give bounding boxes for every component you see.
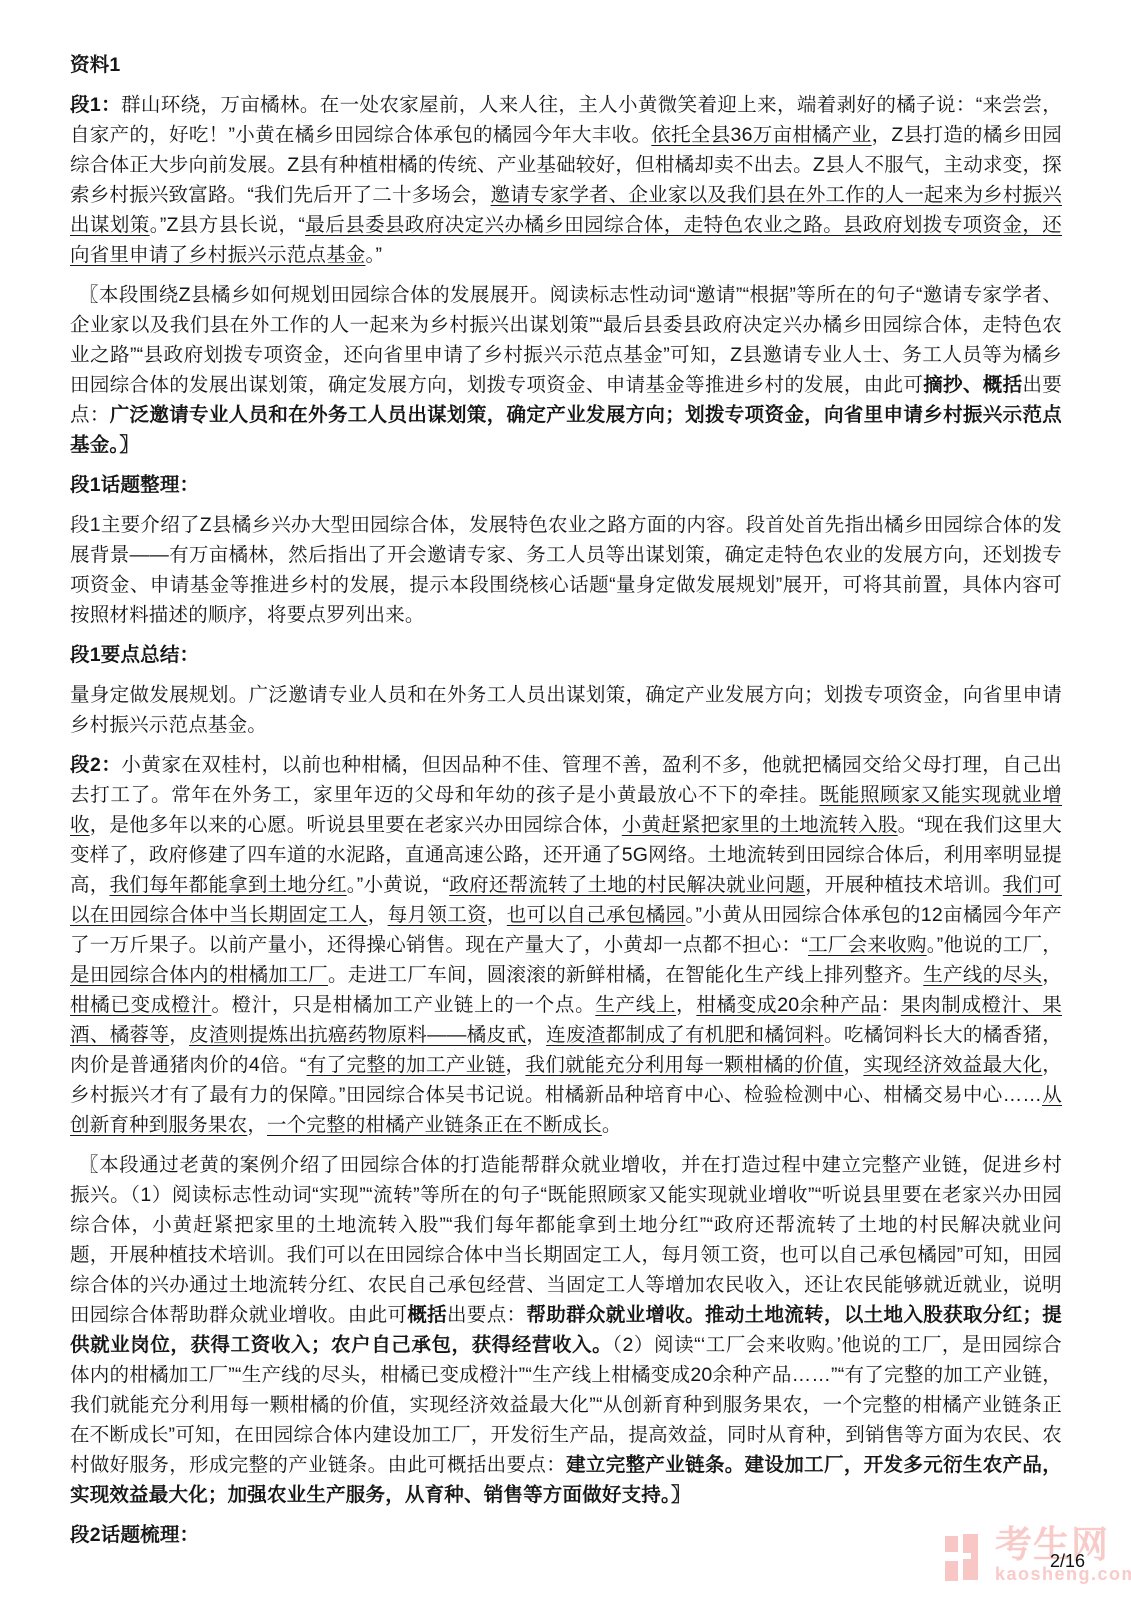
document-page: 资料1 段1：群山环绕，万亩橘林。在一处农家屋前，人来人往，主人小黄微笑着迎上来… bbox=[0, 0, 1131, 1600]
paragraph-1: 段1：群山环绕，万亩橘林。在一处农家屋前，人来人往，主人小黄微笑着迎上来，端着剥… bbox=[70, 90, 1062, 270]
text-run: 摘抄、概括 bbox=[923, 374, 1022, 396]
text-run: 柑橘已变成橙汁 bbox=[70, 994, 211, 1016]
text-run: 〖本段通过老黄的案例介绍了田园综合体的打造能帮群众就业增收，并在打造过程中建立完… bbox=[70, 1154, 1062, 1326]
text-run: ， bbox=[487, 904, 507, 926]
document-content: 资料1 段1：群山环绕，万亩橘林。在一处农家屋前，人来人往，主人小黄微笑着迎上来… bbox=[70, 50, 1062, 1560]
page-number: 2/16 bbox=[1050, 1551, 1085, 1572]
kaosheng-logo-icon bbox=[945, 1534, 981, 1582]
text-run: 出要点： bbox=[447, 1304, 526, 1326]
text-run: 皮渣则提炼出抗癌药物原料——橘皮甙 bbox=[189, 1024, 526, 1046]
text-run: 连废渣都制成了有机肥和橘饲料 bbox=[546, 1024, 824, 1046]
text-run: ， bbox=[1042, 964, 1062, 986]
text-run: ，是他多年以来的心愿。听说县里要在老家兴办田园综合体， bbox=[90, 814, 622, 836]
text-run: 。” bbox=[366, 244, 383, 266]
text-run: 实现经济效益最大化 bbox=[863, 1054, 1042, 1076]
text-run: ， bbox=[247, 1114, 267, 1136]
text-run: 量身定做发展规划。广泛邀请专业人员和在外务工人员出谋划策，确定产业发展方向；划拨… bbox=[70, 684, 1062, 736]
text-run: 段2： bbox=[70, 754, 121, 776]
text-run: 是田园综合体内的柑橘加工厂 bbox=[70, 964, 328, 986]
text-run: 。 bbox=[602, 1114, 622, 1136]
para1-topic-text: 段1主要介绍了Z县橘乡兴办大型田园综合体，发展特色农业之路方面的内容。段首处首先… bbox=[70, 510, 1062, 630]
text-run: 。橙汁，只是柑橘加工产业链上的一个点。 bbox=[211, 994, 595, 1016]
text-run: 柑橘变成20余种产品 bbox=[696, 994, 880, 1016]
text-run: ， bbox=[506, 1054, 526, 1076]
text-run: 。”小黄说，“ bbox=[347, 874, 450, 896]
text-run: 广泛邀请专业人员和在外务工人员出谋划策，确定产业发展方向；划拨专项资金，向省里申… bbox=[70, 404, 1062, 456]
text-run: 每月领工资 bbox=[388, 904, 487, 926]
section-title-material-1: 资料1 bbox=[70, 50, 1062, 80]
text-run: ， bbox=[676, 994, 696, 1016]
annotation-paragraph-1: 〖本段围绕Z县橘乡如何规划田园综合体的发展展开。阅读标志性动词“邀请”“根据”等… bbox=[70, 280, 1062, 460]
text-run: 段1： bbox=[70, 94, 121, 116]
text-run: 我们每年都能拿到土地分红 bbox=[110, 874, 347, 896]
text-run: ， bbox=[844, 1054, 864, 1076]
text-run: 有了完整的加工产业链 bbox=[307, 1054, 506, 1076]
text-run: 概括 bbox=[407, 1304, 447, 1326]
text-run: 一个完整的柑橘产业链条正在不断成长 bbox=[267, 1114, 602, 1136]
para1-summary-text: 量身定做发展规划。广泛邀请专业人员和在外务工人员出谋划策，确定产业发展方向；划拨… bbox=[70, 680, 1062, 740]
text-run: ， bbox=[526, 1024, 546, 1046]
text-run: 。”Z县方县长说，“ bbox=[150, 214, 305, 236]
heading-para1-summary: 段1要点总结： bbox=[70, 640, 1062, 670]
text-run: 政府还帮流转了土地的村民解决就业问题 bbox=[449, 874, 805, 896]
text-run: 我们就能充分利用每一颗柑橘的价值 bbox=[525, 1054, 843, 1076]
text-run: 〖本段围绕Z县橘乡如何规划田园综合体的发展展开。阅读标志性动词“邀请”“根据”等… bbox=[70, 284, 1062, 396]
text-run: 生产线上 bbox=[595, 994, 676, 1016]
text-run: 生产线的尽头 bbox=[923, 964, 1042, 986]
text-run: ，开展种植技术培训。 bbox=[805, 874, 1003, 896]
text-run: 。”他说的工厂， bbox=[927, 934, 1062, 956]
text-run: 依托全县36万亩柑橘产业 bbox=[651, 124, 871, 146]
heading-para2-topic: 段2话题梳理： bbox=[70, 1520, 1062, 1550]
text-run: 也可以自己承包橘园 bbox=[507, 904, 686, 926]
text-run: ， bbox=[368, 904, 388, 926]
paragraph-2: 段2：小黄家在双桂村，以前也种柑橘，但因品种不佳、管理不善，盈利不多，他就把橘园… bbox=[70, 750, 1062, 1140]
kaosheng-watermark: 考生网 kaosheng.com bbox=[945, 1527, 1131, 1583]
text-run: 。走进工厂车间，圆滚滚的新鲜柑橘，在智能化生产线上排列整齐。 bbox=[328, 964, 923, 986]
text-run: 工厂会来收购 bbox=[808, 934, 927, 956]
text-run: ： bbox=[881, 994, 901, 1016]
heading-para1-topic: 段1话题整理： bbox=[70, 470, 1062, 500]
text-run: ， bbox=[169, 1024, 189, 1046]
text-run: 段1主要介绍了Z县橘乡兴办大型田园综合体，发展特色农业之路方面的内容。段首处首先… bbox=[70, 514, 1062, 626]
text-run: 小黄赶紧把家里的土地流转入股 bbox=[622, 814, 898, 836]
annotation-paragraph-2: 〖本段通过老黄的案例介绍了田园综合体的打造能帮群众就业增收，并在打造过程中建立完… bbox=[70, 1150, 1062, 1510]
